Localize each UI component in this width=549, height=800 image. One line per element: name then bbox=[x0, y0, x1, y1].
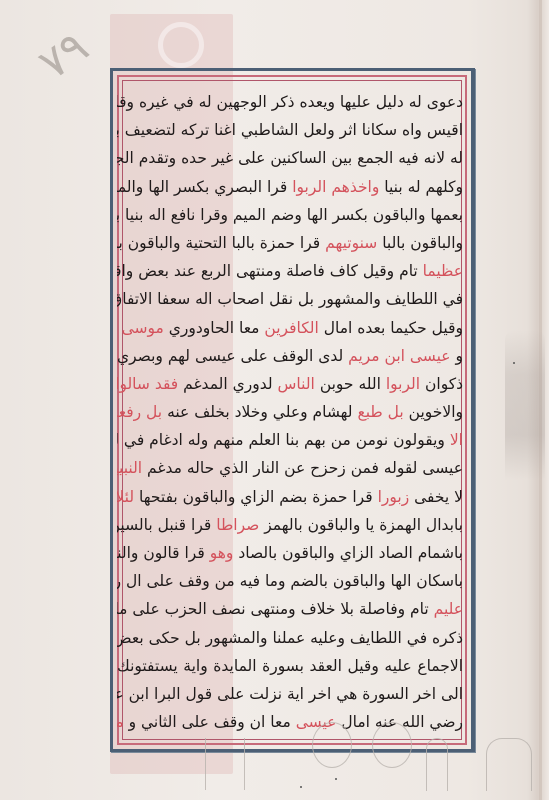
manuscript-line: بعمها والباقون بكسر الها وضم الميم وقرا … bbox=[117, 201, 463, 229]
rubricated-word: زبورا bbox=[378, 488, 410, 506]
watermark-logo-icon bbox=[158, 22, 204, 68]
manuscript-line: بابدال الهمزة يا والباقون بالهمز صراطا ق… bbox=[117, 511, 463, 539]
manuscript-line: عيسى لقوله فمن زحزح عن النار الذي حاله م… bbox=[117, 454, 463, 482]
line-text: قرا حمزة بالبا التحتية والباقون بالنون bbox=[117, 234, 320, 252]
line-text: معا ان وقف على الثاني و bbox=[129, 713, 291, 731]
line-text: وقيل حكيما بعده امال bbox=[324, 319, 463, 337]
line-text: دعوى له دليل عليها ويعده ذكر الوجهين له … bbox=[117, 93, 463, 111]
line-text: ذكوان bbox=[425, 375, 463, 393]
rubricated-word: وهو bbox=[210, 544, 234, 562]
line-text: قرا قنبل بالسين وخلف bbox=[117, 516, 211, 534]
manuscript-line: باسكان الها والباقون بالضم وما فيه من وق… bbox=[117, 567, 463, 595]
rubricated-word: الربوا bbox=[386, 375, 420, 393]
rubricated-word: موسى bbox=[122, 319, 164, 337]
line-text: باشمام الصاد الزاي والباقون بالصاد bbox=[238, 544, 463, 562]
manuscript-line: الى اخر السورة هي اخر اية نزلت على قول ا… bbox=[117, 680, 463, 708]
watermark-letter bbox=[372, 722, 412, 768]
manuscript-line: ذكوان الربوا الله حوبن الناس لدوري المدغ… bbox=[117, 370, 463, 398]
speck bbox=[300, 786, 302, 788]
line-text: لهشام وعلي وخلاد بخلف عنه bbox=[167, 403, 352, 421]
line-text: الله حوبن bbox=[320, 375, 381, 393]
rubricated-word: واخذهم الربوا bbox=[292, 178, 379, 196]
manuscript-line: الا ويقولون نومن من بهم بنا العلم منهم و… bbox=[117, 426, 463, 454]
line-text: الى اخر السورة هي اخر اية نزلت على قول ا… bbox=[117, 685, 463, 703]
rubricated-word: لئلا bbox=[117, 488, 134, 506]
manuscript-line: عليم تام وفاصلة بلا خلاف ومنتهى نصف الحز… bbox=[117, 595, 463, 623]
watermark-letter bbox=[312, 722, 352, 768]
rubricated-word: بل رفعه bbox=[117, 403, 162, 421]
manuscript-line: والاخوين بل طبع لهشام وعلي وخلاد بخلف عن… bbox=[117, 398, 463, 426]
manuscript-line: له لانه فيه الجمع بين الساكنين على غير ح… bbox=[117, 144, 463, 172]
line-text: وكلهم له بنيا bbox=[384, 178, 463, 196]
manuscript-line: باشمام الصاد الزاي والباقون بالصاد وهو ق… bbox=[117, 539, 463, 567]
manuscript-line: اقيس واه سكانا اثر ولعل الشاطبي اغنا ترك… bbox=[117, 116, 463, 144]
manuscript-line: عظيما تام وقيل كاف فاصلة ومنتهى الربع عن… bbox=[117, 257, 463, 285]
manuscript-line: ذكره في اللطايف وعليه عملنا والمشهور بل … bbox=[117, 624, 463, 652]
line-text: في اللطايف والمشهور بل نقل اصحاب اله سعف… bbox=[117, 290, 463, 308]
rubricated-word: سنوتيهم bbox=[325, 234, 377, 252]
rubricated-word: عليم bbox=[434, 600, 463, 618]
line-text: ذكره في اللطايف وعليه عملنا والمشهور بل … bbox=[117, 629, 463, 647]
line-text: و bbox=[456, 347, 464, 365]
rubricated-word: عيسى ابن مريم bbox=[348, 347, 450, 365]
line-text: والباقون بالبا bbox=[382, 234, 463, 252]
line-text: قرا البصري بكسر الها والميم والحوا bbox=[117, 178, 287, 196]
manuscript-line: والباقون بالبا سنوتيهم قرا حمزة بالبا ال… bbox=[117, 229, 463, 257]
line-text: قرا قالون والنحويان bbox=[117, 544, 205, 562]
watermark-letter bbox=[426, 738, 448, 791]
line-text: باسكان الها والباقون بالضم وما فيه من وق… bbox=[117, 572, 463, 590]
line-text: الاجماع عليه وقيل العقد بسورة المايدة وا… bbox=[117, 657, 463, 675]
manuscript-line: وقيل حكيما بعده امال الكافرين معا الحاود… bbox=[117, 314, 463, 342]
rubricated-word: فقد سالوا bbox=[117, 375, 178, 393]
line-text: والاخوين bbox=[409, 403, 463, 421]
manuscript-line: لا يخفى زبورا قرا حمزة بضم الزاي والباقو… bbox=[117, 483, 463, 511]
line-text: بعمها والباقون بكسر الها وضم الميم وقرا … bbox=[117, 206, 463, 224]
rubricated-word: موسى bbox=[117, 713, 124, 731]
rubricated-word: الا bbox=[450, 431, 463, 449]
line-text: لا يخفى bbox=[414, 488, 463, 506]
line-text: لدى الوقف على عيسى لهم وبصري bbox=[117, 347, 343, 365]
line-text: لدوري المدغم bbox=[183, 375, 272, 393]
line-text: اقيس واه سكانا اثر ولعل الشاطبي اغنا ترك… bbox=[117, 121, 463, 139]
line-text: تام وقيل كاف فاصلة ومنتهى الربع عند بعض … bbox=[117, 262, 418, 280]
manuscript-line: دعوى له دليل عليها ويعده ذكر الوجهين له … bbox=[117, 88, 463, 116]
manuscript-line: و عيسى ابن مريم لدى الوقف على عيسى لهم و… bbox=[117, 342, 463, 370]
rubricated-word: الناس bbox=[278, 375, 315, 393]
line-text: عيسى لقوله فمن زحزح عن النار الذي حاله م… bbox=[147, 459, 463, 477]
line-text: معا الحاودوري bbox=[169, 319, 260, 337]
manuscript-line: في اللطايف والمشهور بل نقل اصحاب اله سعف… bbox=[117, 285, 463, 313]
line-text: ويقولون نومن من بهم بنا العلم منهم وله ا… bbox=[117, 431, 445, 449]
line-text: تام وفاصلة بلا خلاف ومنتهى نصف الحزب على… bbox=[117, 600, 429, 618]
background-watermark-tower bbox=[505, 330, 545, 480]
rubricated-word: صراطا bbox=[216, 516, 259, 534]
manuscript-line: الاجماع عليه وقيل العقد بسورة المايدة وا… bbox=[117, 652, 463, 680]
rubricated-word: بل طبع bbox=[357, 403, 403, 421]
manuscript-line: رضي الله عنه امال عيسى معا ان وقف على ال… bbox=[117, 708, 463, 736]
rubricated-word: عظيما bbox=[423, 262, 463, 280]
line-text: له لانه فيه الجمع بين الساكنين على غير ح… bbox=[117, 149, 463, 167]
rubricated-word: النبيين bbox=[117, 459, 142, 477]
speck bbox=[335, 778, 337, 780]
line-text: بابدال الهمزة يا والباقون بالهمز bbox=[264, 516, 463, 534]
manuscript-text-block: دعوى له دليل عليها ويعده ذكر الوجهين له … bbox=[117, 88, 463, 736]
speck bbox=[513, 362, 515, 364]
line-text: قرا حمزة بضم الزاي والباقون بفتحها bbox=[139, 488, 373, 506]
manuscript-line: وكلهم له بنيا واخذهم الربوا قرا البصري ب… bbox=[117, 173, 463, 201]
rubricated-word: الكافرين bbox=[264, 319, 318, 337]
watermark-letter bbox=[205, 738, 245, 790]
watermark-letter bbox=[486, 738, 532, 791]
